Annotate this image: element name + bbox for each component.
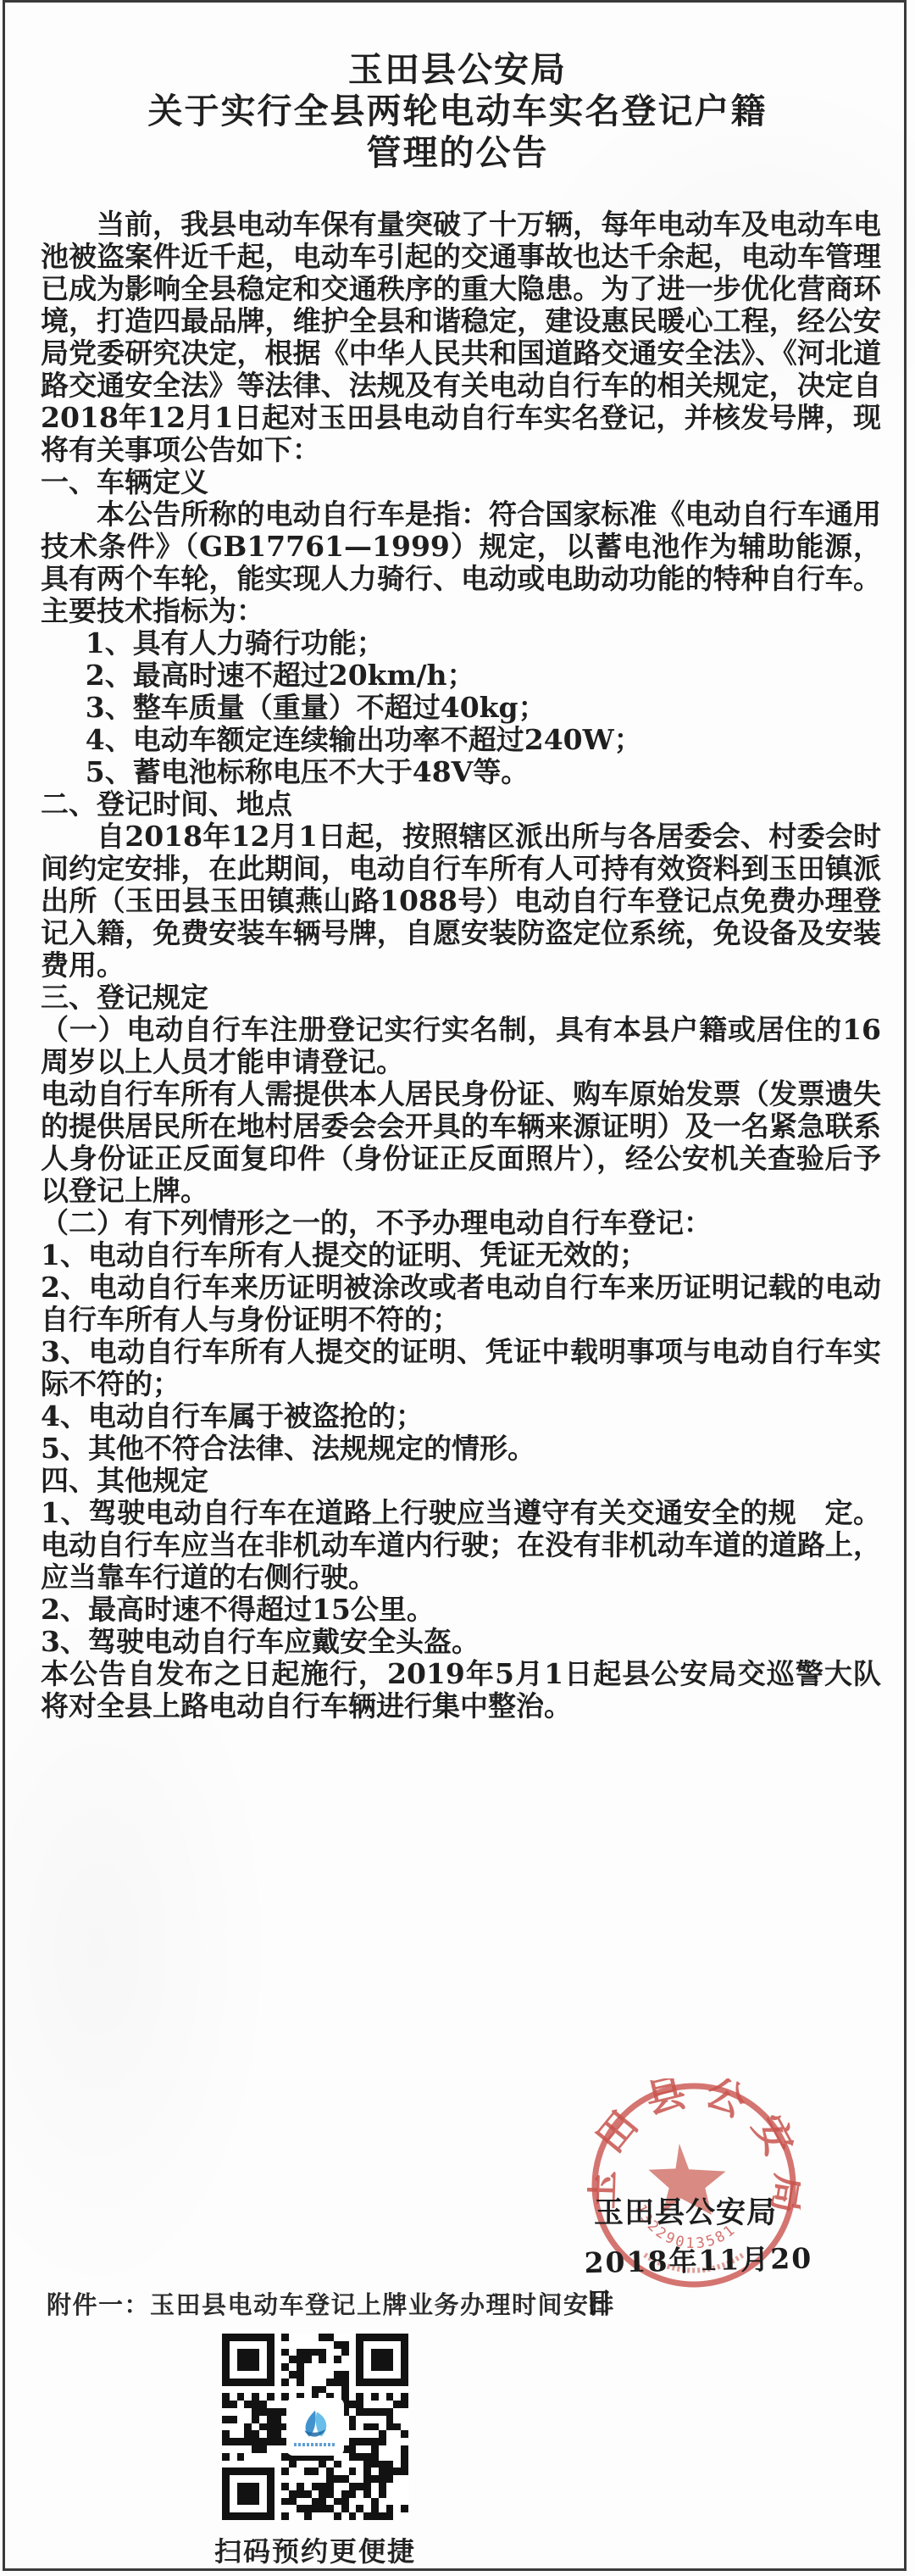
section-1-items: 1、具有人力骑行功能； 2、最高时速不超过20km/h； 3、整车质量（重量）不… [41, 627, 881, 788]
list-item: 1、电动自行车所有人提交的证明、凭证无效的； [41, 1239, 881, 1271]
closing-paragraph: 本公告自发布之日起施行，2019年5月1日起县公安局交巡警大队将对全县上路电动自… [41, 1658, 881, 1722]
list-item: 2、电动自行车来历证明被涂改或者电动自行车来历证明记载的电动自行车所有人与身份证… [41, 1271, 881, 1336]
title-line-2: 关于实行全县两轮电动车实名登记户籍 [0, 91, 915, 132]
qr-logo-icon [288, 2400, 342, 2454]
section-1-heading: 一、车辆定义 [41, 466, 881, 498]
list-item: 2、最高时速不超过20km/h； [41, 659, 881, 692]
title-line-3: 管理的公告 [0, 132, 915, 174]
announcement-document: 玉田县公安局 关于实行全县两轮电动车实名登记户籍 管理的公告 当前，我县电动车保… [0, 0, 915, 2576]
title-line-1: 玉田县公安局 [0, 49, 915, 91]
section-3-heading: 三、登记规定 [41, 982, 881, 1014]
qr-caption: 扫码预约更便捷 [213, 2530, 417, 2569]
issue-date: 2018年11月20日 [584, 2236, 840, 2321]
list-item: 4、电动车额定连续输出功率不超过240W； [41, 724, 881, 756]
doc-title: 玉田县公安局 关于实行全县两轮电动车实名登记户籍 管理的公告 [0, 49, 915, 174]
list-item: 3、整车质量（重量）不超过40kg； [41, 692, 881, 724]
list-item: 5、蓄电池标称电压不大于48V等。 [41, 756, 881, 788]
section-4-heading: 四、其他规定 [41, 1465, 881, 1497]
section-3-rule-2-heading: （二）有下列情形之一的，不予办理电动自行车登记： [41, 1207, 881, 1239]
list-item: 5、其他不符合法律、法规规定的情形。 [41, 1433, 881, 1465]
doc-body: 当前，我县电动车保有量突破了十万辆，每年电动车及电动车电池被盗案件近千起，电动车… [41, 209, 881, 1722]
section-3-rule-1: （一）电动自行车注册登记实行实名制，具有本县户籍或居住的16周岁以上人员才能申请… [41, 1014, 881, 1078]
list-item: 1、具有人力骑行功能； [41, 627, 881, 659]
list-item: 1、驾驶电动自行车在道路上行驶应当遵守有关交通安全的规 定。电动自行车应当在非机… [41, 1497, 881, 1594]
section-4-items: 1、驾驶电动自行车在道路上行驶应当遵守有关交通安全的规 定。电动自行车应当在非机… [41, 1497, 881, 1658]
list-item: 4、电动自行车属于被盗抢的； [41, 1400, 881, 1433]
list-item: 3、驾驶电动自行车应戴安全头盔。 [41, 1626, 881, 1658]
section-2-body: 自2018年12月1日起，按照辖区派出所与各居委会、村委会时间约定安排，在此期间… [41, 821, 881, 982]
signature-text: 玉田县公安局 [594, 2189, 814, 2232]
section-1-intro: 本公告所称的电动自行车是指：符合国家标准《电动自行车通用技术条件》（GB1776… [41, 498, 881, 627]
list-item: 2、最高时速不得超过15公里。 [41, 1594, 881, 1626]
section-2-heading: 二、登记时间、地点 [41, 788, 881, 821]
qr-code [222, 2334, 408, 2520]
section-3-rule-2-items: 1、电动自行车所有人提交的证明、凭证无效的； 2、电动自行车来历证明被涂改或者电… [41, 1239, 881, 1465]
attachment-note: 附件一：玉田县电动车登记上牌业务办理时间安排 [47, 2286, 615, 2321]
list-item: 3、电动自行车所有人提交的证明、凭证中载明事项与电动自行车实际不符的； [41, 1336, 881, 1400]
section-3-rule-1-detail: 电动自行车所有人需提供本人居民身份证、购车原始发票（发票遗失的提供居民所在地村居… [41, 1078, 881, 1207]
intro-paragraph: 当前，我县电动车保有量突破了十万辆，每年电动车及电动车电池被盗案件近千起，电动车… [41, 209, 881, 466]
